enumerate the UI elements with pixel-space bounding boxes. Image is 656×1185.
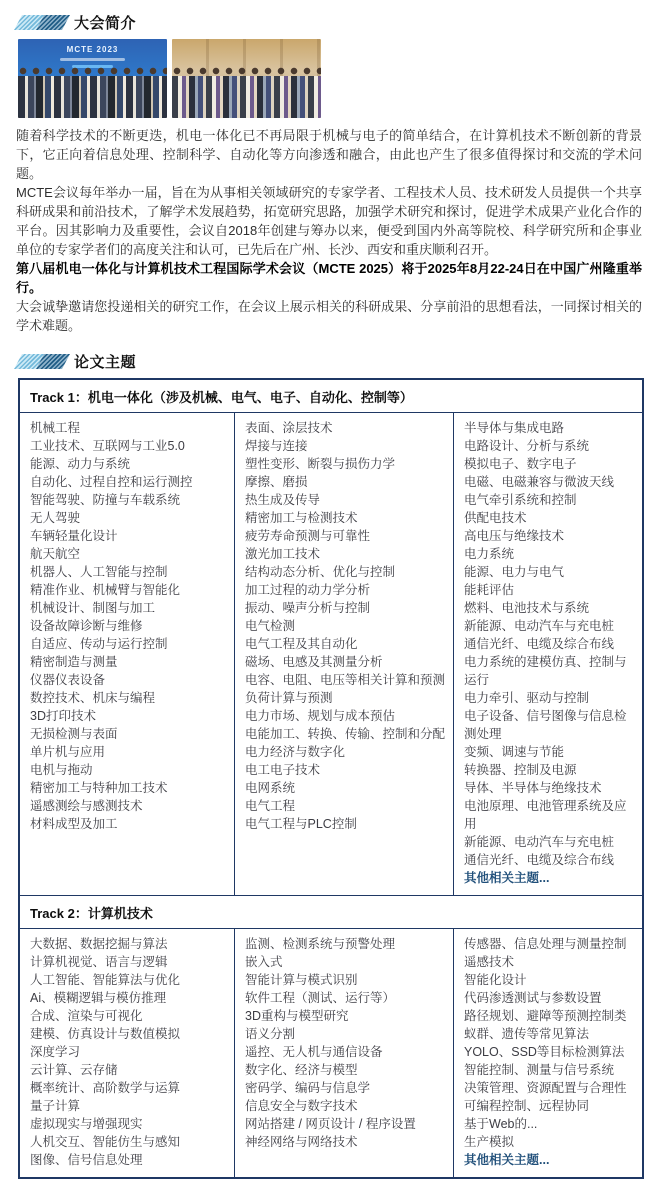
topic-item: 工业技术、互联网与工业5.0 <box>30 437 226 455</box>
topic-item: 基于Web的... <box>464 1115 634 1133</box>
topic-item: 合成、渲染与可视化 <box>30 1007 226 1025</box>
topic-item: 人机交互、智能仿生与感知 <box>30 1133 226 1151</box>
track-1-body: 机械工程工业技术、互联网与工业5.0能源、动力与系统自动化、过程自控和运行测控智… <box>20 413 642 896</box>
topic-item: 能耗评估 <box>464 581 634 599</box>
topic-item: 密码学、编码与信息学 <box>245 1079 445 1097</box>
topic-item: 软件工程（测试、运行等） <box>245 989 445 1007</box>
topic-item: 信息安全与数字技术 <box>245 1097 445 1115</box>
stripe-banner-icon <box>14 354 70 369</box>
topic-item: 可编程控制、远程协同 <box>464 1097 634 1115</box>
topic-item: 建模、仿真设计与数值模拟 <box>30 1025 226 1043</box>
topic-item: 表面、涂层技术 <box>245 419 445 437</box>
topic-item: 燃料、电池技术与系统 <box>464 599 634 617</box>
topic-item: 遥控、无人机与通信设备 <box>245 1043 445 1061</box>
stripe-banner-icon <box>14 15 70 30</box>
topic-item: 高电压与绝缘技术 <box>464 527 634 545</box>
stage-banner-title: MCTE 2023 <box>18 45 167 54</box>
topic-item: YOLO、SSD等目标检测算法 <box>464 1043 634 1061</box>
topic-item: 电力系统 <box>464 545 634 563</box>
intro-section-title: 大会简介 <box>74 12 136 33</box>
topic-item: 电池原理、电池管理系统及应用 <box>464 797 634 833</box>
topic-item: 加工过程的动力学分析 <box>245 581 445 599</box>
conference-stage-photo: MCTE 2023 <box>18 39 167 118</box>
topic-item: 车辆轻量化设计 <box>30 527 226 545</box>
topic-item: 自适应、传动与运行控制 <box>30 635 226 653</box>
topic-item: 机械设计、制图与加工 <box>30 599 226 617</box>
topic-item: 电力牵引、驱动与控制 <box>464 689 634 707</box>
topic-item: 量子计算 <box>30 1097 226 1115</box>
topic-item: 语义分割 <box>245 1025 445 1043</box>
more-related-topics: 其他相关主题... <box>464 1151 634 1169</box>
topic-item: 电子设备、信号图像与信息检测处理 <box>464 707 634 743</box>
group-photo <box>172 39 321 118</box>
topic-item: 数字化、经济与模型 <box>245 1061 445 1079</box>
topic-item: 神经网络与网络技术 <box>245 1133 445 1151</box>
topic-item: 航天航空 <box>30 545 226 563</box>
topic-item: 电力经济与数字化 <box>245 743 445 761</box>
topic-item: 电工电子技术 <box>245 761 445 779</box>
track-1: Track 1：机电一体化（涉及机械、电气、电子、自动化、控制等） 机械工程工业… <box>20 380 642 896</box>
track-column: 监测、检测系统与预警处理嵌入式智能计算与模式识别软件工程（测试、运行等）3D重构… <box>235 929 454 1177</box>
topic-item: 能源、动力与系统 <box>30 455 226 473</box>
topic-item: 决策管理、资源配置与合理性 <box>464 1079 634 1097</box>
topics-section-header: 论文主题 <box>18 351 642 372</box>
topic-item: 供配电技术 <box>464 509 634 527</box>
topic-item: 电力市场、规划与成本预估 <box>245 707 445 725</box>
topic-item: 计算机视觉、语言与逻辑 <box>30 953 226 971</box>
topic-item: 生产模拟 <box>464 1133 634 1151</box>
topic-item: 材料成型及加工 <box>30 815 226 833</box>
topic-item: 路径规划、避障等预测控制类 <box>464 1007 634 1025</box>
topic-item: 无人驾驶 <box>30 509 226 527</box>
intro-paragraph: 第八届机电一体化与计算机技术工程国际学术会议（MCTE 2025）将于2025年… <box>16 259 642 297</box>
topic-item: 精密加工与特种加工技术 <box>30 779 226 797</box>
paper-topics-table: Track 1：机电一体化（涉及机械、电气、电子、自动化、控制等） 机械工程工业… <box>18 378 644 1179</box>
topic-item: 半导体与集成电路 <box>464 419 634 437</box>
intro-section-header: 大会简介 <box>18 12 642 33</box>
topic-item: 振动、噪声分析与控制 <box>245 599 445 617</box>
topic-item: 仪器仪表设备 <box>30 671 226 689</box>
topic-item: 电路设计、分析与系统 <box>464 437 634 455</box>
topic-item: 智能驾驶、防撞与车载系统 <box>30 491 226 509</box>
topic-item: 人工智能、智能算法与优化 <box>30 971 226 989</box>
topic-item: 云计算、云存储 <box>30 1061 226 1079</box>
topic-item: 设备故障诊断与维修 <box>30 617 226 635</box>
topic-item: 图像、信号信息处理 <box>30 1151 226 1169</box>
topic-item: 电磁、电磁兼容与微波天线 <box>464 473 634 491</box>
topic-item: 智能控制、测量与信号系统 <box>464 1061 634 1079</box>
track-2: Track 2：计算机技术 大数据、数据挖掘与算法计算机视觉、语言与逻辑人工智能… <box>20 896 642 1177</box>
topic-item: 负荷计算与预测 <box>245 689 445 707</box>
attendees-group <box>18 72 167 118</box>
conference-photos: MCTE 2023 <box>18 39 642 118</box>
track-2-body: 大数据、数据挖掘与算法计算机视觉、语言与逻辑人工智能、智能算法与优化Ai、模糊逻… <box>20 929 642 1177</box>
topic-item: 热生成及传导 <box>245 491 445 509</box>
topic-item: 变频、调速与节能 <box>464 743 634 761</box>
topic-item: 大数据、数据挖掘与算法 <box>30 935 226 953</box>
topic-item: 转换器、控制及电源 <box>464 761 634 779</box>
topic-item: 电气工程与PLC控制 <box>245 815 445 833</box>
topic-item: 代码渗透测试与参数设置 <box>464 989 634 1007</box>
topic-item: 电气检测 <box>245 617 445 635</box>
topic-item: 虚拟现实与增强现实 <box>30 1115 226 1133</box>
topic-item: 3D打印技术 <box>30 707 226 725</box>
intro-paragraph: MCTE会议每年举办一届，旨在为从事相关领域研究的专家学者、工程技术人员、技术研… <box>16 183 642 259</box>
topic-item: 通信光纤、电缆及综合布线 <box>464 851 634 869</box>
track-column: 机械工程工业技术、互联网与工业5.0能源、动力与系统自动化、过程自控和运行测控智… <box>20 413 235 895</box>
topic-item: 深度学习 <box>30 1043 226 1061</box>
topic-item: 精准作业、机械臂与智能化 <box>30 581 226 599</box>
intro-paragraph: 随着科学技术的不断更迭，机电一体化已不再局限于机械与电子的简单结合，在计算机技术… <box>16 126 642 183</box>
topic-item: 嵌入式 <box>245 953 445 971</box>
topic-item: 能源、电力与电气 <box>464 563 634 581</box>
topic-item: 新能源、电动汽车与充电桩 <box>464 617 634 635</box>
topic-item: Ai、模糊逻辑与模仿推理 <box>30 989 226 1007</box>
intro-paragraphs: 随着科学技术的不断更迭，机电一体化已不再局限于机械与电子的简单结合，在计算机技术… <box>4 126 642 335</box>
topic-item: 无损检测与表面 <box>30 725 226 743</box>
more-related-topics: 其他相关主题... <box>464 869 634 887</box>
topic-item: 模拟电子、数字电子 <box>464 455 634 473</box>
track-1-header: Track 1：机电一体化（涉及机械、电气、电子、自动化、控制等） <box>20 380 642 413</box>
topic-item: 摩擦、磨损 <box>245 473 445 491</box>
topic-item: 蚁群、遗传等常见算法 <box>464 1025 634 1043</box>
topic-item: 单片机与应用 <box>30 743 226 761</box>
intro-paragraph: 大会诚挚邀请您投递相关的研究工作，在会议上展示相关的科研成果、分享前沿的思想看法… <box>16 297 642 335</box>
topic-item: 监测、检测系统与预警处理 <box>245 935 445 953</box>
topic-item: 精密加工与检测技术 <box>245 509 445 527</box>
topic-item: 机械工程 <box>30 419 226 437</box>
track-column: 传感器、信息处理与测量控制遥感技术智能化设计代码渗透测试与参数设置路径规划、避障… <box>454 929 642 1177</box>
topic-item: 电气工程 <box>245 797 445 815</box>
stage-banner-bar <box>60 58 126 61</box>
topic-item: 导体、半导体与绝缘技术 <box>464 779 634 797</box>
topic-item: 激光加工技术 <box>245 545 445 563</box>
topic-item: 3D重构与模型研究 <box>245 1007 445 1025</box>
topic-item: 网站搭建 / 网页设计 / 程序设置 <box>245 1115 445 1133</box>
track-column: 表面、涂层技术焊接与连接塑性变形、断裂与损伤力学摩擦、磨损热生成及传导精密加工与… <box>235 413 454 895</box>
topic-item: 焊接与连接 <box>245 437 445 455</box>
attendees-group <box>172 72 321 118</box>
topic-item: 电机与拖动 <box>30 761 226 779</box>
topic-item: 精密制造与测量 <box>30 653 226 671</box>
topic-item: 智能计算与模式识别 <box>245 971 445 989</box>
topic-item: 新能源、电动汽车与充电桩 <box>464 833 634 851</box>
topic-item: 磁场、电感及其测量分析 <box>245 653 445 671</box>
topic-item: 机器人、人工智能与控制 <box>30 563 226 581</box>
topic-item: 通信光纤、电缆及综合布线 <box>464 635 634 653</box>
topic-item: 遥感测绘与感测技术 <box>30 797 226 815</box>
topic-item: 电力系统的建模仿真、控制与运行 <box>464 653 634 689</box>
topic-item: 传感器、信息处理与测量控制 <box>464 935 634 953</box>
track-2-header: Track 2：计算机技术 <box>20 896 642 929</box>
topic-item: 数控技术、机床与编程 <box>30 689 226 707</box>
topic-item: 结构动态分析、优化与控制 <box>245 563 445 581</box>
topics-section-title: 论文主题 <box>74 351 136 372</box>
topic-item: 疲劳寿命预测与可靠性 <box>245 527 445 545</box>
track-column: 半导体与集成电路电路设计、分析与系统模拟电子、数字电子电磁、电磁兼容与微波天线电… <box>454 413 642 895</box>
topic-item: 概率统计、高阶数学与运算 <box>30 1079 226 1097</box>
topic-item: 电气工程及其自动化 <box>245 635 445 653</box>
topic-item: 电气牵引系统和控制 <box>464 491 634 509</box>
topic-item: 智能化设计 <box>464 971 634 989</box>
track-column: 大数据、数据挖掘与算法计算机视觉、语言与逻辑人工智能、智能算法与优化Ai、模糊逻… <box>20 929 235 1177</box>
topic-item: 遥感技术 <box>464 953 634 971</box>
conference-page: 大会简介 MCTE 2023 随着科学技术的不断更迭，机电一体化已不再局限于机械… <box>0 0 656 1185</box>
topic-item: 电容、电阻、电压等相关计算和预测 <box>245 671 445 689</box>
topic-item: 电网系统 <box>245 779 445 797</box>
topic-item: 塑性变形、断裂与损伤力学 <box>245 455 445 473</box>
topic-item: 电能加工、转换、传输、控制和分配 <box>245 725 445 743</box>
topic-item: 自动化、过程自控和运行测控 <box>30 473 226 491</box>
